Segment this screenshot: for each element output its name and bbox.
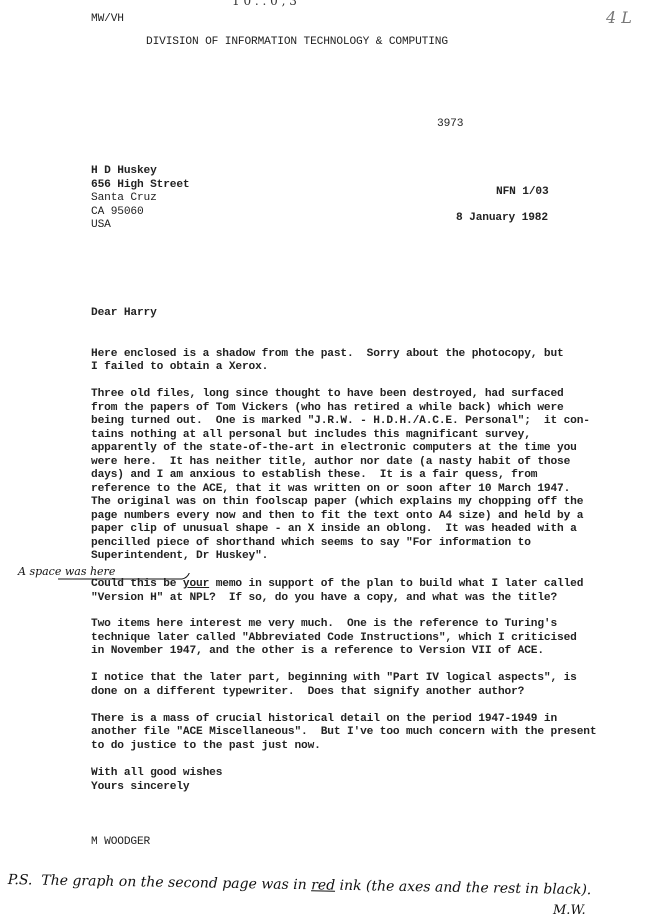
body-line: were here. It has neither title, author … [91,456,570,470]
body-line: paper clip of unusual shape - an X insid… [91,523,577,537]
closing-line: With all good wishes [91,767,222,781]
underlined-word: red [311,877,335,893]
postscript: P.S. The graph on the second page was in… [8,872,592,898]
body-line: Three old files, long since thought to h… [91,388,564,402]
address-line: 656 High Street [91,179,189,193]
underlined-word: your [183,578,209,590]
body-line: from the papers of Tom Vickers (who has … [91,402,564,416]
file-reference: NFN 1/03 [496,186,549,200]
cropped-top-fragment: 1 0 . . 0 , 3 [232,0,297,8]
body-line: days) and I am anxious to establish thes… [91,469,537,483]
body-line: Two items here interest me very much. On… [91,618,557,632]
body-line: apparently of the state-of-the-art in el… [91,442,577,456]
document-number: 3973 [437,118,463,132]
body-line: Here enclosed is a shadow from the past.… [91,348,564,362]
address-line: Santa Cruz [91,192,157,206]
division-heading: DIVISION OF INFORMATION TECHNOLOGY & COM… [146,36,448,50]
body-line: pencilled piece of shorthand which seems… [91,537,531,551]
body-line: tains nothing at all personal but includ… [91,429,531,443]
reference-code: MW/VH [91,13,124,27]
body-line: being turned out. One is marked "J.R.W. … [91,415,590,429]
body-line: technique later called "Abbreviated Code… [91,632,577,646]
body-line: page numbers every now and then to fit t… [91,510,583,524]
corner-annotation: 4 L [606,8,632,27]
body-line: "Version H" at NPL? If so, do you have a… [91,592,557,606]
body-line: Superintendent, Dr Huskey". [91,550,268,564]
body-line: to do justice to the past just now. [91,740,321,754]
body-line: I failed to obtain a Xerox. [91,361,268,375]
body-line: The original was on thin foolscap paper … [91,496,583,510]
body-line: another file "ACE Miscellaneous". But I'… [91,726,596,740]
closing-line: Yours sincerely [91,781,189,795]
body-line: in November 1947, and the other is a ref… [91,645,544,659]
body-line: reference to the ACE, that it was writte… [91,483,570,497]
body-line: There is a mass of crucial historical de… [91,713,557,727]
address-line: USA [91,219,111,233]
address-line: H D Huskey [91,165,157,179]
letter-date: 8 January 1982 [456,212,548,226]
signature-name: M WOODGER [91,836,150,850]
initials: M.W. [553,903,586,918]
address-line: CA 95060 [91,206,144,220]
body-line: I notice that the later part, beginning … [91,672,577,686]
body-line: Could this be your memo in support of th… [91,578,583,592]
body-line: done on a different typewriter. Does tha… [91,686,524,700]
salutation: Dear Harry [91,307,157,321]
